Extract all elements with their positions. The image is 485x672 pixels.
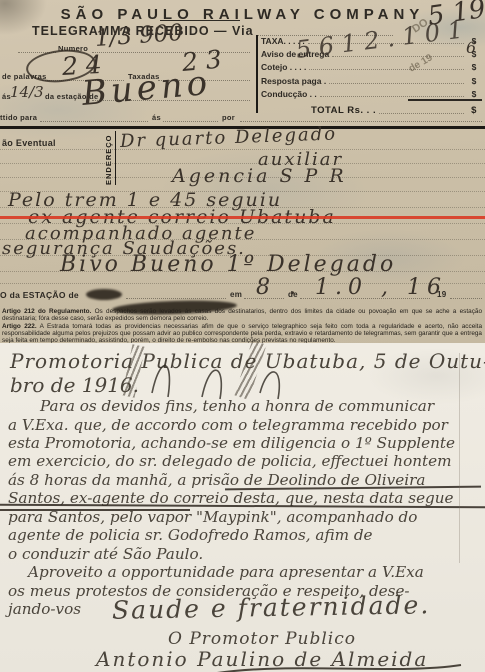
fee-row: Cotejo . . . . $ bbox=[261, 62, 481, 72]
fine-print-paragraph: Artigo 212 do Regulamento. Os despachos … bbox=[2, 308, 482, 322]
fee-label: Cotejo . . . . bbox=[261, 62, 306, 72]
signoff-title: O Promotor Publico bbox=[168, 629, 356, 649]
letter-body-line: em exercicio, do sr. delegado de policia… bbox=[8, 452, 452, 470]
numero-handwritten-value: 1/3 900 bbox=[94, 20, 184, 52]
dotted-leader bbox=[40, 120, 148, 122]
total-label: TOTAL Rs. . . bbox=[311, 105, 376, 116]
date-handwritten-value: 8 . 1.0 , 16 bbox=[256, 275, 447, 300]
dotted-leader bbox=[320, 95, 464, 97]
dotted-leader bbox=[379, 112, 464, 114]
regulation-fine-print: Artigo 212 do Regulamento. Os despachos … bbox=[2, 308, 482, 345]
ink-smudge bbox=[86, 289, 122, 300]
currency-symbol: $ bbox=[467, 105, 481, 116]
letter-body-line: jando-vos bbox=[8, 600, 81, 618]
estacao-row-label: O da ESTAÇÃO de bbox=[0, 290, 79, 300]
address-handwritten-line: Agencia S P R bbox=[172, 165, 347, 187]
transmittido-label: ttido para bbox=[0, 113, 37, 122]
em-label: em bbox=[230, 290, 242, 299]
ruled-line bbox=[0, 163, 485, 164]
total-separator-line bbox=[408, 99, 482, 101]
column-divider bbox=[256, 35, 258, 113]
valediction: Saude e fraternidade. bbox=[112, 590, 431, 625]
letter-body-line: esta Promotoria, achando-se em diligenci… bbox=[8, 434, 455, 452]
letter-heading-line: bro de 1916. bbox=[10, 373, 139, 397]
fee-total-row: TOTAL Rs. . . $ bbox=[261, 105, 481, 116]
dotted-leader bbox=[240, 120, 482, 122]
currency-symbol: $ bbox=[467, 89, 481, 99]
currency-symbol: $ bbox=[467, 62, 481, 72]
letter-body-line: Para os devidos fins, tenho a honra de c… bbox=[40, 397, 434, 415]
red-underline-annotation bbox=[0, 216, 485, 219]
letter-body-line: o conduzir até São Paulo. bbox=[8, 545, 203, 563]
letter-page: Promotoria Publica de Ubatuba, 5 de Outu… bbox=[0, 343, 485, 672]
dotted-leader bbox=[329, 82, 464, 84]
por-label: por bbox=[222, 113, 235, 122]
letter-body-line: a V.Exa. que, de accordo com o telegramm… bbox=[8, 416, 448, 434]
corner-ink-scrawl: 5 19 bbox=[426, 0, 485, 32]
artigo-lead: Artigo 222. bbox=[2, 323, 37, 330]
fee-row: Conducção . . $ bbox=[261, 89, 481, 99]
eventual-label: ão Eventual bbox=[2, 138, 56, 148]
dotted-leader bbox=[126, 297, 226, 299]
ruled-line bbox=[0, 149, 485, 150]
hora-handwritten-value: 14/3 bbox=[10, 83, 44, 101]
fee-label: Conducção . . bbox=[261, 89, 317, 99]
paper-crease bbox=[459, 353, 460, 563]
scanned-document-page: SÃO PAULO RAILWAY COMPANY TELEGRAMMA REC… bbox=[0, 0, 485, 672]
fee-label: Resposta paga . bbox=[261, 76, 326, 86]
fee-row: Resposta paga . $ bbox=[261, 76, 481, 86]
corner-ink-scrawl: 6 bbox=[466, 38, 476, 57]
artigo-text: A Estrada tomará todas as providencias n… bbox=[2, 323, 482, 344]
dotted-leader bbox=[92, 51, 250, 53]
handwritten-underline bbox=[0, 509, 190, 511]
dotted-leader bbox=[450, 297, 482, 299]
signature-flourish bbox=[215, 661, 465, 672]
company-title: SÃO PAULO RAILWAY COMPANY bbox=[0, 6, 485, 23]
dotted-leader bbox=[309, 68, 464, 70]
letter-body-line: agente de policia sr. Godofredo Ramos, a… bbox=[8, 526, 373, 544]
letter-body-line: Aproveito a opportunidade para apresenta… bbox=[28, 563, 424, 581]
telegram-signature: Bivo Bueno 1º Delegado bbox=[60, 252, 396, 277]
dotted-leader bbox=[163, 120, 218, 122]
artigo-lead: Artigo 212 do Regulamento. bbox=[2, 308, 91, 315]
telegram-form: SÃO PAULO RAILWAY COMPANY TELEGRAMMA REC… bbox=[0, 0, 485, 343]
currency-symbol: $ bbox=[467, 76, 481, 86]
as-label: ás bbox=[152, 113, 161, 122]
ink-scribble bbox=[140, 351, 310, 403]
fine-print-paragraph: Artigo 222. A Estrada tomará todas as pr… bbox=[2, 323, 482, 344]
